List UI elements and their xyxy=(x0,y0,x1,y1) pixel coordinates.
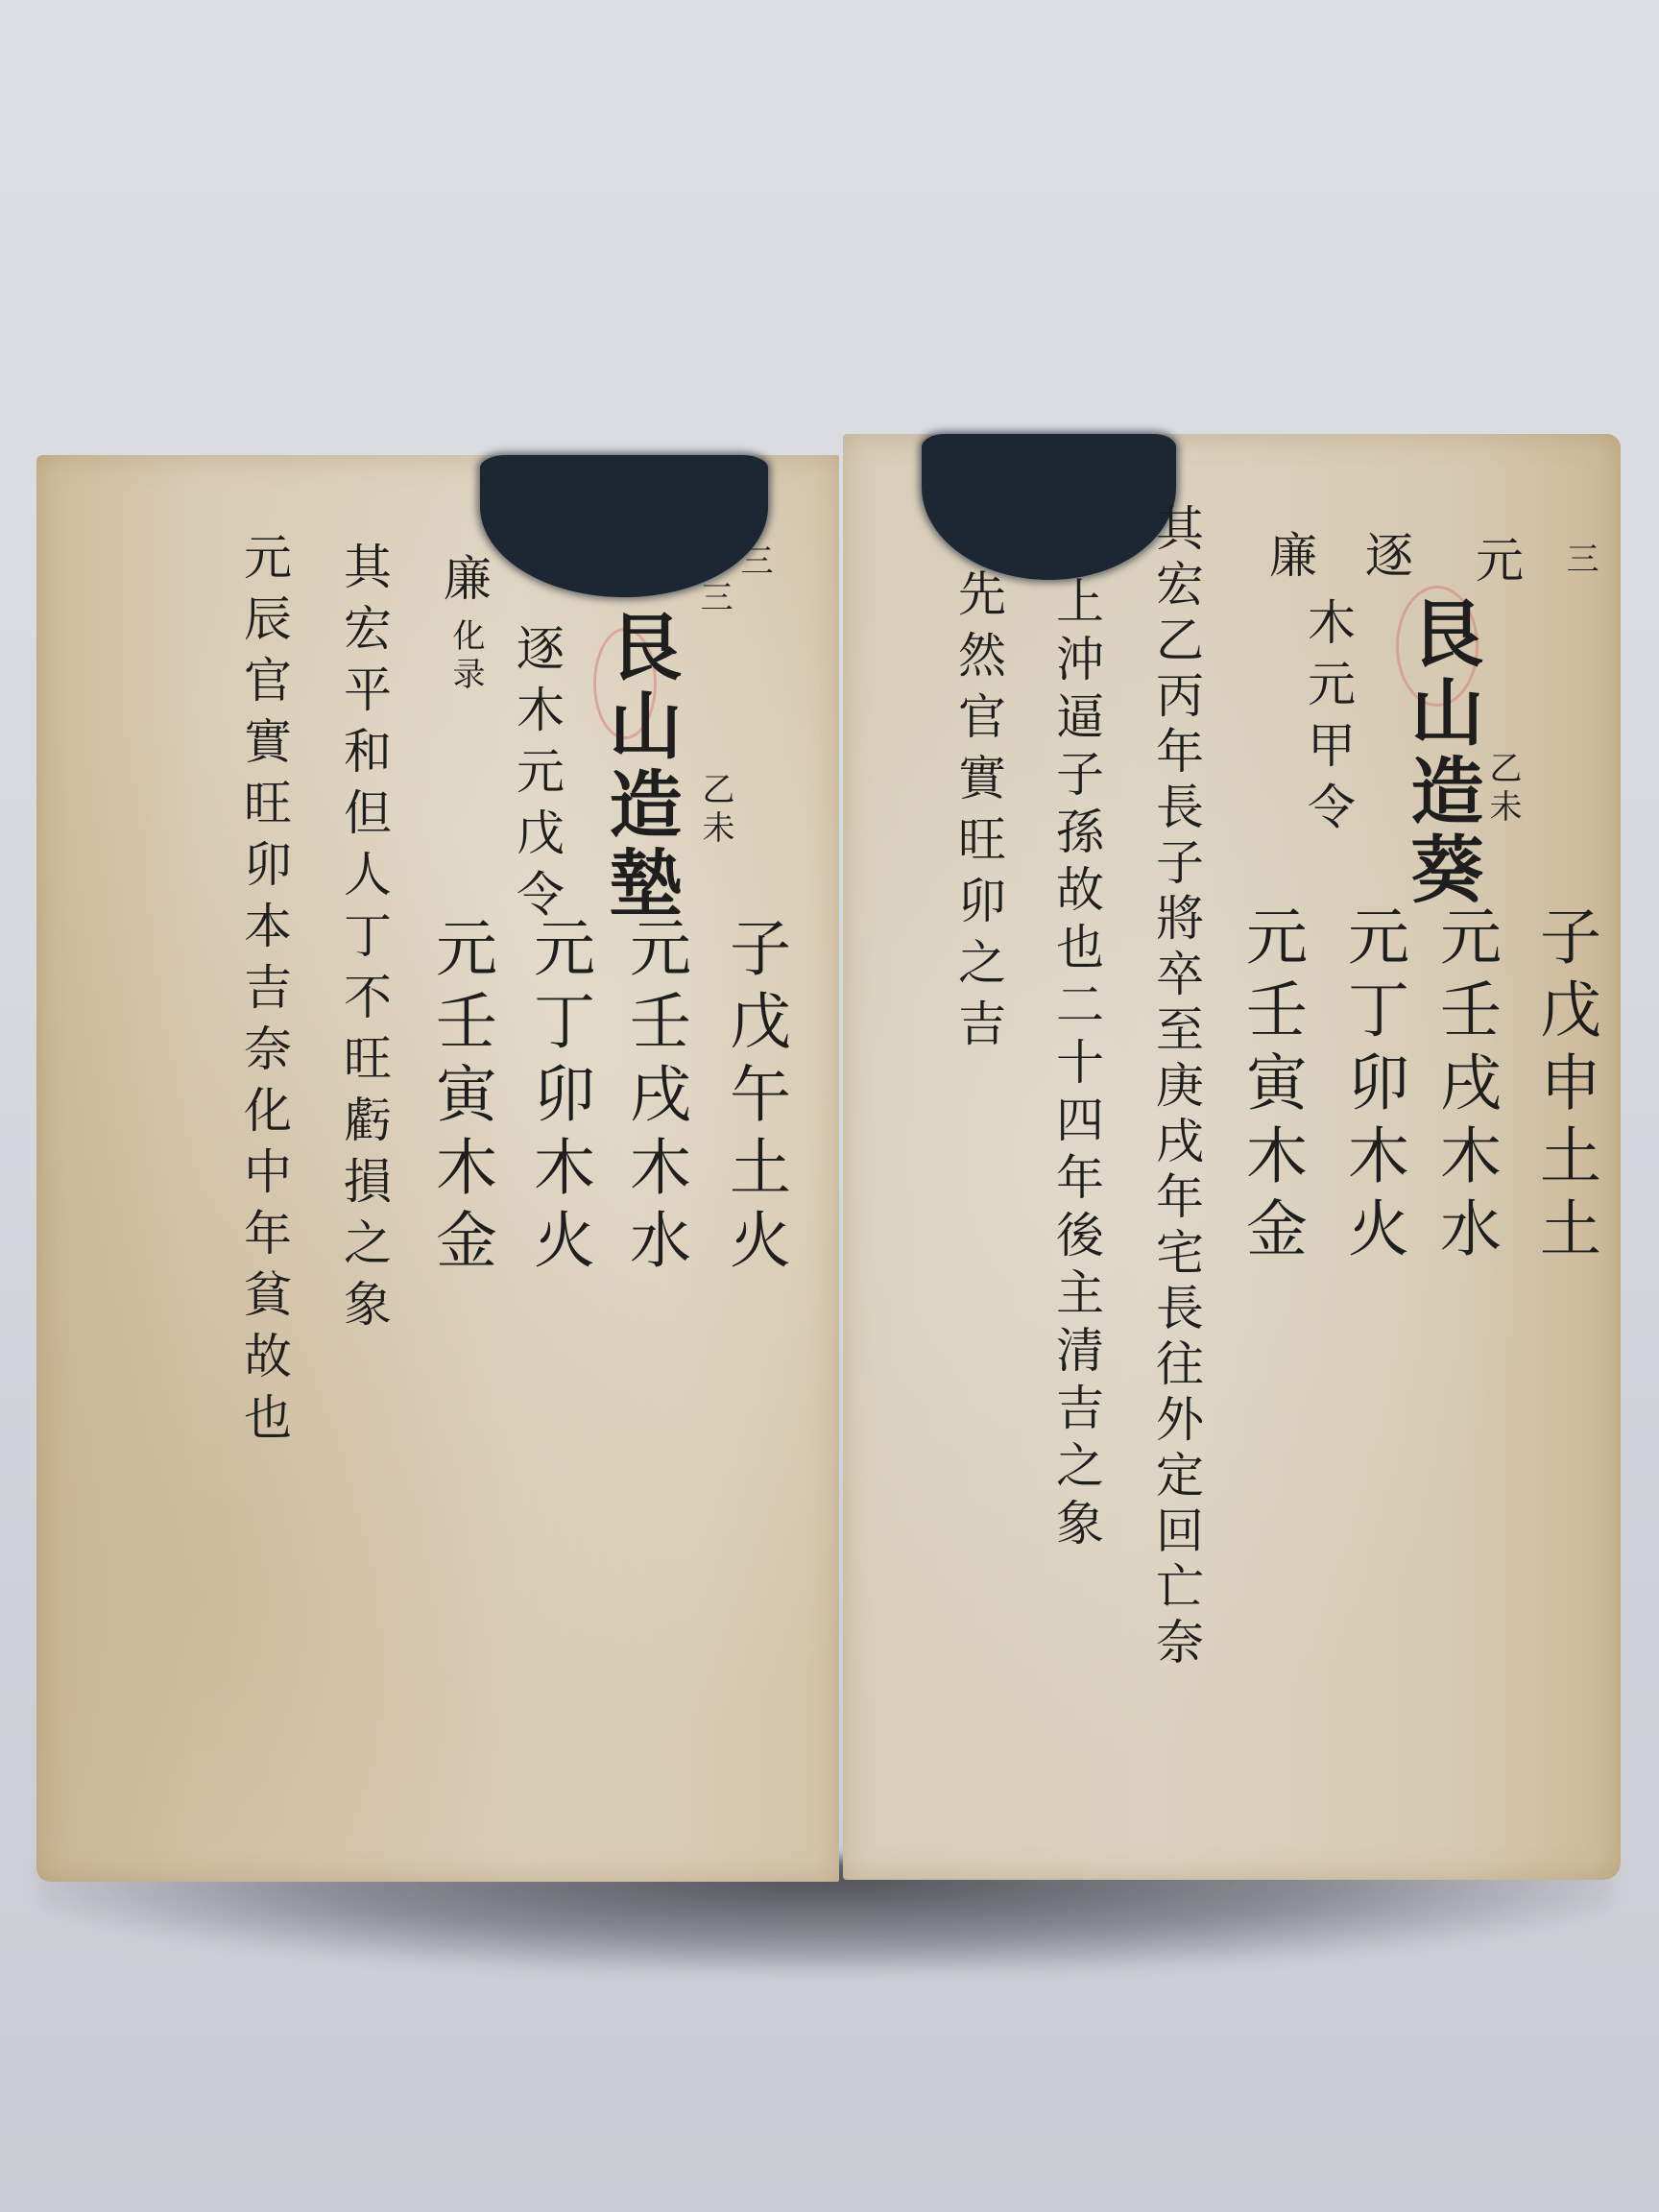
commentary-column: 先然官實旺卯之吉 xyxy=(954,568,1002,1060)
table-column: 元丁卯木火 xyxy=(528,916,589,1281)
text-column-label: 廉 xyxy=(440,553,488,614)
heading-annotation: 乙未 xyxy=(1486,751,1519,828)
commentary-column: 其宏平和但人丁不旺虧損之象 xyxy=(340,541,388,1340)
table-column: 子戊申土土 xyxy=(1534,904,1596,1269)
text-column-annotation: 化录 xyxy=(449,618,482,695)
ink-blot-left xyxy=(480,455,768,597)
text-column-label: 逐 xyxy=(1361,530,1409,591)
page-number-mark-small: 三 xyxy=(697,580,730,618)
ink-blot-right xyxy=(922,434,1176,580)
page-number-mark: 三 xyxy=(737,543,770,582)
text-column-label: 元 xyxy=(1472,535,1520,596)
table-column: 元壬戌木水 xyxy=(624,916,685,1281)
table-column: 元壬寅木金 xyxy=(1240,904,1302,1269)
left-page: 三 三 艮山造墊 乙未 逐木元戊令 廉 化录 子戊午土火 元壬戌木水 元丁卯木火… xyxy=(36,455,839,1882)
heading-annotation: 乙未 xyxy=(699,772,732,849)
page-number-mark: 三 xyxy=(1563,541,1596,580)
commentary-column: 元辰官實旺卯本吉奈化中年貧故也 xyxy=(240,532,288,1454)
commentary-column: 上沖逼子孫故也二十四年後主清吉之象 xyxy=(1052,576,1100,1555)
text-column: 逐木元戊令 xyxy=(513,623,561,930)
text-column: 木元甲令 xyxy=(1304,597,1352,843)
table-column: 子戊午土火 xyxy=(724,916,785,1281)
table-column: 元丁卯木火 xyxy=(1342,904,1404,1269)
text-column-label: 廉 xyxy=(1265,530,1313,591)
heading-title: 艮山造葵 xyxy=(1405,595,1478,910)
table-column: 元壬戌木水 xyxy=(1434,904,1496,1269)
right-page: 三 元 艮山造葵 乙未 逐 木元甲令 廉 子戊申土土 元壬戌木水 元丁卯木火 元… xyxy=(843,434,1621,1880)
commentary-column: 其宏乙丙年長子將卒至庚戌年宅長往外定回亡奈 xyxy=(1152,503,1200,1672)
table-column: 元壬寅木金 xyxy=(430,916,492,1281)
heading-title: 艮山造墊 xyxy=(603,609,676,924)
